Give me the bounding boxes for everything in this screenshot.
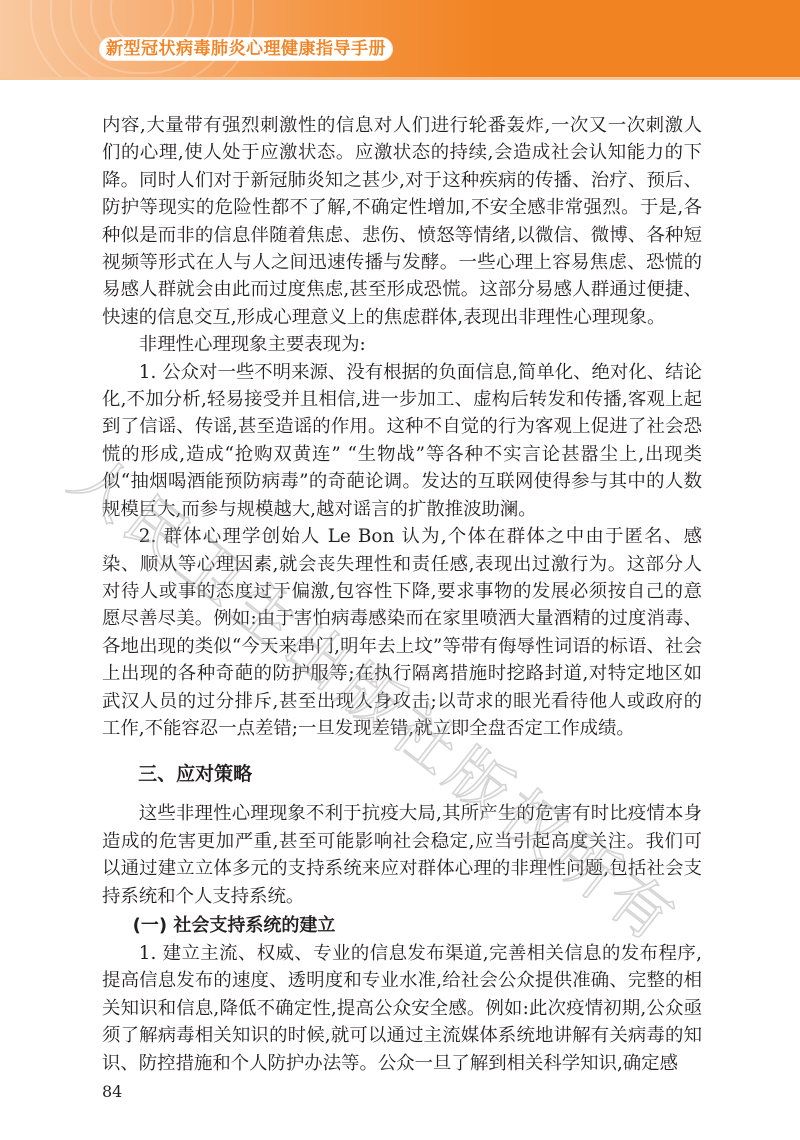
paragraph-item-1: 1. 公众对一些不明来源、没有根据的负面信息,简单化、绝对化、结论化,不加分析,… [102, 359, 702, 523]
paragraph-intro-list: 非理性心理现象主要表现为: [102, 331, 702, 358]
book-title-badge: 新型冠状病毒肺炎心理健康指导手册 [100, 38, 392, 60]
section-heading: 三、应对策略 [102, 760, 702, 788]
header-band: 新型冠状病毒肺炎心理健康指导手册 [0, 0, 800, 77]
subsection-paragraph: 1. 建立主流、权威、专业的信息发布渠道,完善相关信息的发布程序,提高信息发布的… [102, 940, 702, 1077]
header-divider [0, 77, 800, 80]
section-paragraph: 这些非理性心理现象不利于抗疫大局,其所产生的危害有时比疫情本身造成的危害更加严重… [102, 800, 702, 910]
page-body: 内容,大量带有强烈刺激性的信息对人们进行轮番轰炸,一次又一次刺激人们的心理,使人… [102, 112, 702, 1077]
paragraph-item-2: 2. 群体心理学创始人 Le Bon 认为,个体在群体之中由于匿名、感染、顺从等… [102, 523, 702, 742]
paragraph-continued: 内容,大量带有强烈刺激性的信息对人们进行轮番轰炸,一次又一次刺激人们的心理,使人… [102, 112, 702, 331]
page-number: 84 [102, 1082, 122, 1101]
subsection-heading: (一) 社会支持系统的建立 [102, 912, 702, 940]
